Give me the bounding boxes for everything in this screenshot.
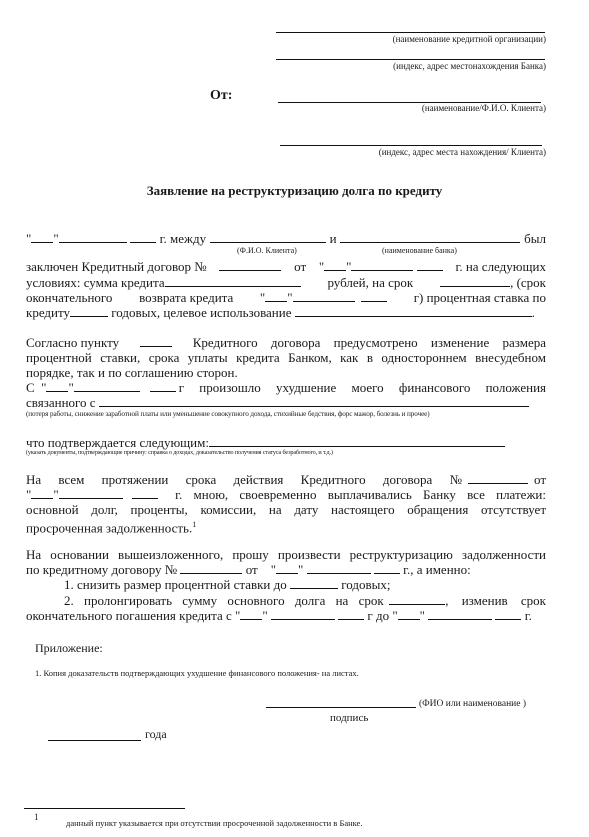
para5-line5: окончательного погашения кредита с "" г …	[26, 608, 532, 623]
client-name-caption: (наименование/Ф.И.О. Клиента)	[422, 103, 546, 113]
para1-line5: кредиту годовых, целевое использование .	[26, 305, 535, 320]
para2-line2: процентной ставки, срока уплаты кредита …	[26, 350, 546, 365]
client-address-line[interactable]	[280, 145, 542, 146]
month-field[interactable]	[59, 231, 127, 243]
bank-address-line[interactable]	[276, 59, 545, 60]
worsen-day-field[interactable]	[46, 380, 68, 392]
para1-line2: заключен Кредитный договор № от "" г. на…	[26, 259, 546, 274]
para4-line2: "" г. мною, своевременно выплачивались Б…	[26, 487, 546, 502]
para1-line4: окончательного возврата кредита "" г) пр…	[26, 290, 546, 305]
para5-line2: по кредитному договору № от "" г., а име…	[26, 562, 471, 577]
client-address-caption: (индекс, адрес места нахождения/ Клиента…	[379, 147, 546, 157]
bank-name-line[interactable]	[276, 32, 545, 33]
worsen-year-field[interactable]	[150, 380, 176, 392]
clause-number-field[interactable]	[140, 335, 172, 347]
contract-number-field-2[interactable]	[468, 472, 528, 484]
para4-line3: основной долг, проценты, комиссии, на да…	[26, 502, 546, 517]
signature-name-line[interactable]	[266, 707, 416, 708]
footnote-number: 1	[34, 812, 39, 822]
contract-year-field[interactable]	[417, 259, 443, 271]
client-fio-field[interactable]	[210, 231, 326, 243]
contract-month-field[interactable]	[351, 259, 413, 271]
contract-number-field-3[interactable]	[180, 562, 242, 574]
to-month-field[interactable]	[428, 608, 492, 620]
attachment-label: Приложение:	[35, 641, 103, 656]
repay-year-field[interactable]	[361, 290, 387, 302]
to-year-field[interactable]	[495, 608, 521, 620]
page-title: Заявление на реструктуризацию долга по к…	[0, 183, 589, 199]
para4-line1: На всем протяжении срока действия Кредит…	[26, 472, 546, 487]
date-line[interactable]	[48, 740, 141, 741]
repay-month-field[interactable]	[293, 290, 355, 302]
footnote-text: данный пункт указывается при отсутствии …	[66, 818, 362, 828]
client-fio-caption: (Ф.И.О. Клиента)	[237, 246, 297, 255]
para2-line3: порядке, так и по соглашению сторон.	[26, 365, 238, 380]
loan-amount-field[interactable]	[165, 275, 301, 287]
bank-name-caption: (наименование кредитной организации)	[393, 34, 546, 44]
reason-hint: (потеря работы, снижение заработной плат…	[26, 410, 430, 418]
year-field[interactable]	[130, 231, 156, 243]
contract3-month-field[interactable]	[307, 562, 371, 574]
contract2-month-field[interactable]	[59, 487, 123, 499]
from-day-field[interactable]	[240, 608, 262, 620]
interest-rate-field[interactable]	[70, 305, 108, 317]
from-month-field[interactable]	[271, 608, 335, 620]
bank-address-caption: (индекс, адрес местонахождения Банка)	[393, 61, 546, 71]
contract2-year-field[interactable]	[132, 487, 158, 499]
para2-line5: связанного с	[26, 395, 529, 410]
day-field[interactable]	[31, 231, 53, 243]
request-item-2: 2. пролонгировать сумму основного долга …	[64, 593, 546, 608]
signature-caption: подпись	[330, 712, 368, 724]
request-item-1: 1. снизить размер процентной ставки до г…	[64, 577, 390, 592]
between-label: г. между	[160, 231, 206, 247]
bank-name-caption-inline: (наименование банка)	[382, 246, 457, 255]
confirm-docs-field[interactable]	[209, 435, 505, 447]
worsen-month-field[interactable]	[74, 380, 140, 392]
para5-line1: На основании вышеизложенного, прошу прои…	[26, 547, 546, 562]
from-label: От:	[210, 88, 232, 104]
loan-term-field[interactable]	[440, 275, 510, 287]
footnote-separator	[24, 808, 185, 809]
contract3-day-field[interactable]	[276, 562, 298, 574]
bank-name-field[interactable]	[340, 231, 520, 243]
para3-line1: что подтверждается следующим:	[26, 435, 505, 450]
attachment-item-1: 1. Копия доказательств подтверждающих ух…	[35, 668, 359, 678]
para1-line1: "" г. между и был	[26, 231, 546, 246]
contract-number-field[interactable]	[219, 259, 281, 271]
para2-line1: Согласно пункту Кредитного договора пред…	[26, 335, 546, 350]
footnote-ref[interactable]: 1	[192, 520, 196, 529]
contract-day-field[interactable]	[324, 259, 346, 271]
contract2-day-field[interactable]	[31, 487, 53, 499]
para4-line4: просроченная задолженность.1	[26, 517, 196, 535]
signature-name-caption: (ФИО или наименование )	[419, 699, 526, 709]
para2-line4: С "" г произошло ухудшение моего финансо…	[26, 380, 546, 395]
confirm-docs-hint: (указать документы, подтверждающие причи…	[26, 449, 333, 456]
reason-field[interactable]	[99, 395, 529, 407]
new-rate-field[interactable]	[290, 577, 338, 589]
purpose-field[interactable]	[295, 305, 532, 317]
from-year-field[interactable]	[338, 608, 364, 620]
year-label: года	[145, 727, 167, 742]
to-day-field[interactable]	[398, 608, 420, 620]
para1-line3: условиях: сумма кредита рублей, на срок …	[26, 275, 546, 290]
prolong-term-field[interactable]	[389, 593, 445, 605]
repay-day-field[interactable]	[265, 290, 287, 302]
contract3-year-field[interactable]	[374, 562, 400, 574]
